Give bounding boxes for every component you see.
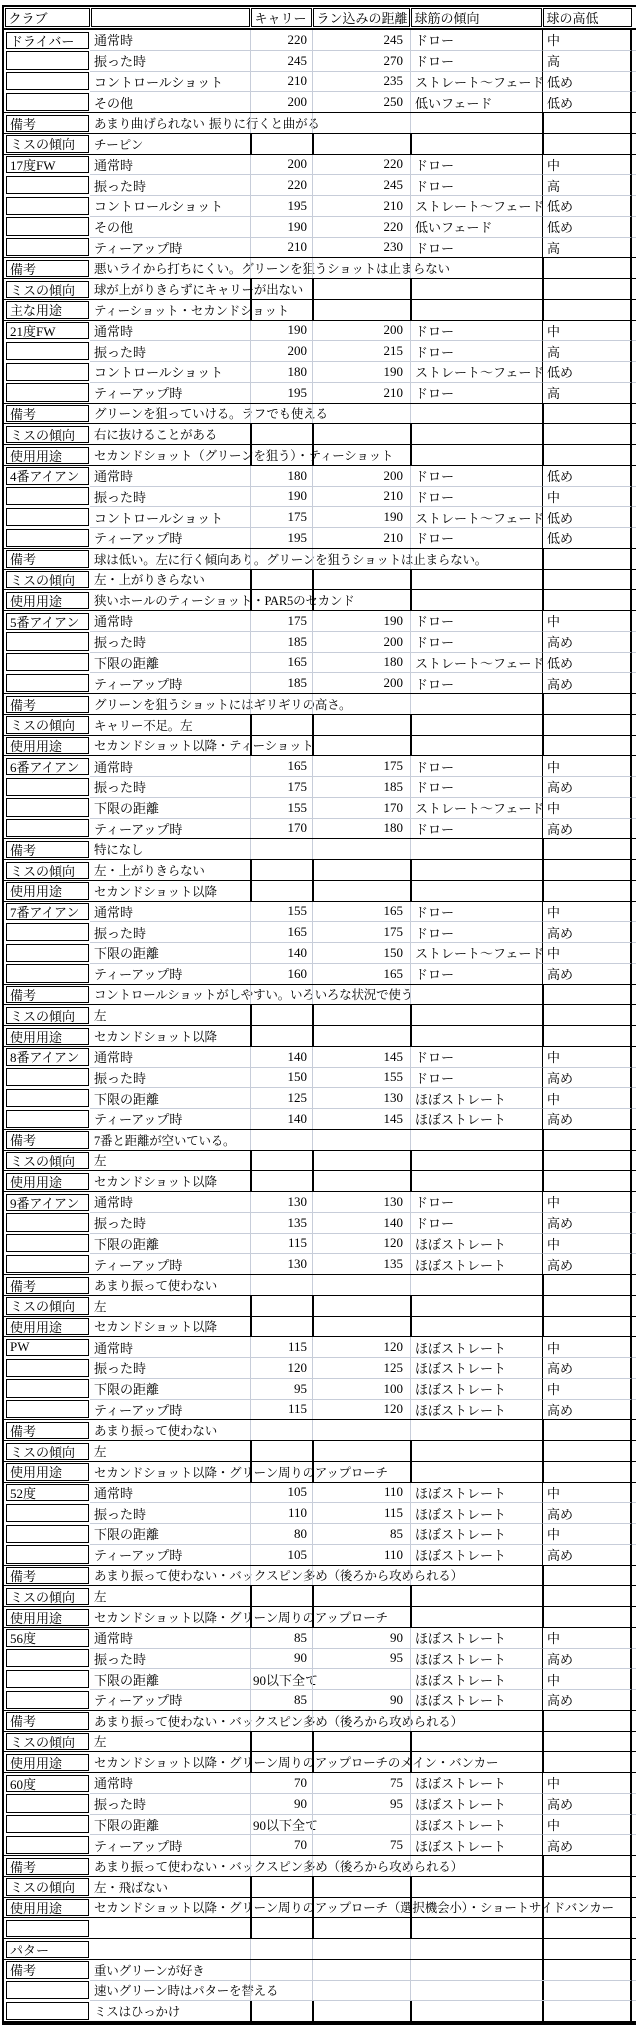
height-cell: 高め (542, 1253, 632, 1274)
club-cell (4, 1523, 90, 1544)
shape-cell: ドロー (410, 174, 542, 195)
club-cell: 56度 (4, 1628, 90, 1648)
situation-cell: 通常時 (90, 1628, 250, 1648)
situation-cell: 振った時 (90, 631, 250, 652)
column-divider (250, 590, 252, 610)
shape-cell: ほぼストレート (410, 1628, 542, 1648)
shape-cell: ほぼストレート (410, 1544, 542, 1565)
table-edge-sliver (632, 590, 636, 610)
shot-row: ティーアップ時195210ドロー低め (4, 527, 636, 548)
column-divider (410, 839, 411, 859)
carry-cell: 185 (250, 631, 312, 652)
column-divider (410, 279, 412, 299)
shape-cell: ドロー (410, 1192, 542, 1212)
column-divider (312, 860, 314, 880)
table-edge-sliver (632, 1026, 636, 1046)
club-cell (4, 1648, 90, 1669)
club-name (6, 217, 89, 235)
club-name (6, 1691, 89, 1709)
total-cell: 75 (312, 1773, 410, 1793)
club-cell (4, 1212, 90, 1233)
shot-row: 下限の距離90以下全てほぼストレート中 (4, 1814, 636, 1835)
total-cell: 95 (312, 1648, 410, 1669)
carry-cell: 175 (250, 611, 312, 631)
situation-cell: 通常時 (90, 1773, 250, 1793)
club-cell (4, 1253, 90, 1274)
club-name (6, 653, 89, 671)
shot-row: ティーアップ時115120ほぼストレート高め (4, 1399, 636, 1420)
club-row: パター (4, 1938, 636, 1959)
column-divider (312, 424, 314, 444)
column-divider (410, 1026, 412, 1046)
column-divider (250, 549, 251, 569)
club-cell (4, 1814, 90, 1835)
column-divider (410, 1566, 411, 1586)
row-label: 備考 (6, 260, 89, 277)
column-divider (410, 694, 411, 714)
column-divider (542, 1711, 544, 1731)
table-edge-sliver (632, 1171, 636, 1191)
shape-cell: ドロー (410, 756, 542, 776)
usage-row: 使用用途セカンドショット以降 (4, 1170, 636, 1191)
note-content: 速いグリーン時はパターを替える (90, 1980, 632, 2001)
note-content: 狭いホールのティーショット・PAR5のセカンド (90, 590, 632, 610)
total-cell: 115 (312, 1502, 410, 1523)
note-content: 左・上がりきらない (90, 570, 632, 590)
club-name (6, 1815, 89, 1833)
note-text: グリーンを狙っていける。ラフでも使える (90, 404, 328, 424)
column-divider (312, 1586, 314, 1606)
row-label-cell: ミスの傾向 (4, 1005, 90, 1025)
shot-row: ティーアップ時185200ドロー高め (4, 672, 636, 693)
table-edge-sliver (632, 881, 636, 901)
row-label: 使用用途 (6, 1609, 89, 1626)
table-edge-sliver (632, 300, 636, 320)
column-divider (250, 258, 251, 278)
column-divider (542, 1151, 544, 1171)
club-name (6, 508, 89, 526)
column-divider (312, 1275, 313, 1295)
row-label: 備考 (6, 1712, 89, 1729)
row-label: ミスの傾向 (6, 862, 89, 879)
club-cell (4, 963, 90, 984)
shot-row: コントロールショット195210ストレート〜フェード低め (4, 195, 636, 216)
table-edge-sliver (632, 1773, 636, 1793)
total-cell: 110 (312, 1544, 410, 1565)
height-cell: 中 (542, 902, 632, 922)
row-label: ミスの傾向 (6, 716, 89, 733)
row-label-cell: ミスの傾向 (4, 1151, 90, 1171)
header-carry-cell: キャリー (250, 7, 312, 28)
column-divider (312, 1566, 313, 1586)
note-text: 悪いライから打ちにくい。グリーンを狙うショットは止まらない (90, 258, 450, 278)
table-edge-sliver (632, 1648, 636, 1669)
row-label: ミスの傾向 (6, 1297, 89, 1314)
row-label-cell: 使用用途 (4, 1462, 90, 1482)
club-cell (4, 1834, 90, 1855)
shot-row: 6番アイアン通常時165175ドロー中 (4, 755, 636, 776)
row-label-cell: ミスの傾向 (4, 860, 90, 880)
shape-cell: ドロー (410, 1212, 542, 1233)
column-divider (410, 134, 412, 154)
note-row: 備考あまり振って使わない (4, 1419, 636, 1440)
column-divider (542, 1939, 544, 1959)
miss-row: ミスの傾向左 (4, 1731, 636, 1752)
note-text: あまり振って使わない (90, 1420, 217, 1440)
carry-cell: 85 (250, 1689, 312, 1710)
total-cell: 235 (312, 71, 410, 92)
row-label: 使用用途 (6, 737, 89, 754)
shot-row: ティーアップ時210230ドロー高 (4, 237, 636, 258)
total-cell: 120 (312, 1233, 410, 1254)
column-divider (250, 1462, 252, 1482)
note-row: 速いグリーン時はパターを替える (4, 1980, 636, 2001)
club-name (6, 363, 89, 381)
total-cell: 200 (312, 466, 410, 486)
note-content: 7番と距離が空いている。 (90, 1130, 632, 1150)
carry-cell: 70 (250, 1834, 312, 1855)
height-cell: 低め (542, 506, 632, 527)
column-divider (312, 1898, 314, 1918)
shape-cell: ほぼストレート (410, 1253, 542, 1274)
shape-cell: ドロー (410, 321, 542, 341)
club-name (6, 674, 89, 692)
note-text: セカンドショット以降・グリーン周りのアップローチ (90, 1462, 388, 1482)
height-cell: 高め (542, 963, 632, 984)
situation-cell: 振った時 (90, 921, 250, 942)
note-content: 左 (90, 1151, 632, 1171)
shot-row: 60度通常時7075ほぼストレート中 (4, 1772, 636, 1793)
table-edge-sliver (632, 1067, 636, 1088)
height-cell: 中 (542, 1337, 632, 1357)
shape-cell: ほぼストレート (410, 1483, 542, 1503)
shape-cell: ドロー (410, 527, 542, 548)
column-divider (250, 736, 252, 756)
situation-cell: 下限の距離 (90, 1233, 250, 1254)
table-edge-sliver (632, 549, 636, 569)
note-text: セカンドショット以降 (90, 1026, 217, 1046)
shape-cell: ほぼストレート (410, 1814, 542, 1835)
row-label-cell: 備考 (4, 113, 90, 133)
height-cell: 高め (542, 1834, 632, 1855)
note-content: キャリー不足。左 (90, 715, 632, 735)
table-edge-sliver (632, 1357, 636, 1378)
table-edge-sliver (632, 1814, 636, 1835)
column-divider (542, 1607, 544, 1627)
column-divider (250, 1441, 252, 1461)
table-edge-sliver (632, 1732, 636, 1752)
miss-row: ミスの傾向左・飛ばない (4, 1876, 636, 1897)
note-row: 備考あまり振って使わない・バックスピン多め（後ろから攻められる） (4, 1855, 636, 1876)
situation-cell: ティーアップ時 (90, 237, 250, 258)
miss-row: ミスの傾向左 (4, 1585, 636, 1606)
club-cell (4, 652, 90, 673)
column-divider (542, 113, 544, 133)
height-cell: 中 (542, 1483, 632, 1503)
column-divider (410, 1441, 412, 1461)
shape-cell: ほぼストレート (410, 1399, 542, 1420)
column-divider (250, 404, 251, 424)
note-content: 左 (90, 1005, 632, 1025)
row-label: 備考 (6, 1422, 89, 1439)
club-cell (4, 818, 90, 839)
club-name (6, 798, 89, 816)
note-row: 備考グリーンを狙うショットにはギリギリの高さ。 (4, 693, 636, 714)
club-name: 52度 (6, 1484, 89, 1501)
column-divider (312, 1732, 314, 1752)
table-edge-sliver (632, 1566, 636, 1586)
carry-cell: 140 (250, 1047, 312, 1067)
total-cell: 125 (312, 1357, 410, 1378)
usage-row: 使用用途セカンドショット以降・グリーン周りのアップローチのメイン・バンカー (4, 1751, 636, 1772)
column-divider (250, 570, 252, 590)
table-edge-sliver (632, 942, 636, 963)
table-edge-sliver (632, 1151, 636, 1171)
column-divider (312, 1151, 314, 1171)
row-label-cell: 使用用途 (4, 1752, 90, 1772)
shot-row: ティーアップ時130135ほぼストレート高め (4, 1253, 636, 1274)
column-divider (410, 1898, 412, 1918)
note-row: 備考重いグリーンが好き (4, 1959, 636, 1980)
note-text: セカンドショット以降 (90, 881, 217, 901)
situation-cell: 通常時 (90, 902, 250, 922)
club-cell: 21度FW (4, 321, 90, 341)
note-row: 備考特になし (4, 838, 636, 859)
shape-cell: ドロー (410, 902, 542, 922)
height-cell: 中 (542, 1233, 632, 1254)
usage-row: 使用用途セカンドショット以降 (4, 1316, 636, 1337)
club-name (6, 487, 89, 505)
carry-cell: 130 (250, 1192, 312, 1212)
club-cell (4, 382, 90, 403)
table-edge-sliver (632, 71, 636, 92)
table-edge-sliver (632, 466, 636, 486)
shot-row: 振った時190210ドロー中 (4, 486, 636, 507)
column-divider (410, 860, 412, 880)
row-label: 備考 (6, 841, 89, 858)
row-label: 使用用途 (6, 1173, 89, 1190)
situation-cell: 振った時 (90, 1212, 250, 1233)
table-edge-sliver (632, 1275, 636, 1295)
club-cell: 7番アイアン (4, 902, 90, 922)
shape-cell: ドロー (410, 672, 542, 693)
column-divider (410, 1877, 412, 1897)
column-divider (250, 445, 252, 465)
total-cell: 230 (312, 237, 410, 258)
column-divider (250, 1918, 252, 1938)
header-situation-cell (90, 7, 250, 28)
column-divider (250, 1877, 252, 1897)
column-divider (410, 1918, 412, 1938)
shape-cell: ドロー (410, 466, 542, 486)
table-edge-sliver (632, 1212, 636, 1233)
table-edge-sliver (632, 404, 636, 424)
miss-row: ミスの傾向左・上がりきらない (4, 859, 636, 880)
header-situation-label (91, 8, 250, 27)
row-label-cell: 備考 (4, 839, 90, 859)
note-content: あまり振って使わない・バックスピン多め（後ろから攻められる） (90, 1711, 632, 1731)
note-text: セカンドショット以降・グリーン周りのアップローチ（選択機会小）・ショートサイドバ… (90, 1898, 614, 1918)
column-divider (410, 1939, 411, 1959)
note-content: 左 (90, 1586, 632, 1606)
height-cell: 高 (542, 237, 632, 258)
situation-cell: 下限の距離 (90, 652, 250, 673)
club-name: 60度 (6, 1775, 89, 1792)
column-divider (542, 258, 544, 278)
carry-cell: 195 (250, 382, 312, 403)
height-cell: 中 (542, 1087, 632, 1108)
height-cell: 高め (542, 1108, 632, 1129)
club-cell (4, 1502, 90, 1523)
shot-row: 振った時110115ほぼストレート高め (4, 1502, 636, 1523)
table-edge-sliver (632, 860, 636, 880)
club-name (6, 1670, 89, 1688)
column-divider (312, 1960, 313, 1980)
row-label: 使用用途 (6, 447, 89, 464)
note-text: ミスはひっかけ (90, 2001, 180, 2021)
note-text: あまり振って使わない・バックスピン多め（後ろから攻められる） (90, 1566, 463, 1586)
shot-row: 振った時245270ドロー高 (4, 50, 636, 71)
shot-row: 振った時9095ほぼストレート高め (4, 1648, 636, 1669)
note-content: 左・飛ばない (90, 1877, 632, 1897)
column-divider (312, 1752, 314, 1772)
club-name (6, 1794, 89, 1812)
club-cell (4, 1108, 90, 1129)
table-edge-sliver (632, 1420, 636, 1440)
note-text: 左 (90, 1005, 106, 1025)
shot-row: ティーアップ時195210ドロー高 (4, 382, 636, 403)
miss-row: ミスの傾向左 (4, 1004, 636, 1025)
row-label (6, 1981, 89, 1999)
note-row: 備考あまり振って使わない・バックスピン多め（後ろから攻められる） (4, 1565, 636, 1586)
club-name (6, 964, 89, 982)
note-text: チーピン (90, 134, 143, 154)
note-content: コントロールショットがしやすい。いろいろな状況で使う (90, 985, 632, 1005)
note-row: 備考グリーンを狙っていける。ラフでも使える (4, 403, 636, 424)
carry-cell: 115 (250, 1233, 312, 1254)
shape-cell: ほぼストレート (410, 1648, 542, 1669)
column-divider (542, 1441, 544, 1461)
miss-row: ミスの傾向球が上がりきらずにキャリーが出ない (4, 278, 636, 299)
column-divider (542, 1317, 544, 1337)
shape-cell: 低いフェード (410, 216, 542, 237)
club-cell: 8番アイアン (4, 1047, 90, 1067)
height-cell: 中 (542, 321, 632, 341)
total-cell: 150 (312, 942, 410, 963)
height-cell: 高 (542, 174, 632, 195)
note-content: セカンドショット（グリーンを狙う）・ティーショット (90, 445, 632, 465)
column-divider (312, 1981, 313, 2001)
table-edge-sliver (632, 1834, 636, 1855)
height-cell: 中 (542, 30, 632, 50)
carry-cell: 185 (250, 672, 312, 693)
height-cell: 高め (542, 1357, 632, 1378)
table-edge-sliver (632, 818, 636, 839)
row-label: 備考 (6, 696, 89, 713)
note-content: セカンドショット以降・ティーショット (90, 736, 632, 756)
carry-cell: 90以下全て (250, 1814, 312, 1835)
total-cell: 135 (312, 1253, 410, 1274)
situation-cell: 通常時 (90, 1483, 250, 1503)
carry-cell: 105 (250, 1544, 312, 1565)
shot-row: 4番アイアン通常時180200ドロー低め (4, 465, 636, 486)
note-text: 特になし (90, 839, 143, 859)
total-cell: 245 (312, 30, 410, 50)
situation-cell: 下限の距離 (90, 1523, 250, 1544)
table-edge-sliver (632, 258, 636, 278)
column-divider (410, 424, 412, 444)
row-label: ミスの傾向 (6, 1443, 89, 1460)
club-name: 9番アイアン (6, 1194, 89, 1211)
usage-row: 使用用途セカンドショット以降・グリーン周りのアップローチ (4, 1606, 636, 1627)
height-cell: 高め (542, 672, 632, 693)
club-name (6, 1836, 89, 1854)
column-divider (542, 715, 544, 735)
carry-cell: 200 (250, 155, 312, 175)
note-text: セカンドショット以降・グリーン周りのアップローチ (90, 1607, 388, 1627)
row-label: ミスの傾向 (6, 1152, 89, 1169)
total-cell: 200 (312, 631, 410, 652)
shot-row: 振った時135140ドロー高め (4, 1212, 636, 1233)
shot-row: コントロールショット180190ストレート〜フェード低め (4, 361, 636, 382)
shot-row: 下限の距離8085ほぼストレート中 (4, 1523, 636, 1544)
header-carry-label: キャリー (251, 8, 312, 27)
club-name: ドライバー (6, 32, 89, 49)
shot-row: 振った時9095ほぼストレート高め (4, 1793, 636, 1814)
miss-row: ミスの傾向チーピン (4, 133, 636, 154)
carry-cell: 90 (250, 1793, 312, 1814)
table-edge-sliver (632, 1960, 636, 1980)
total-cell: 145 (312, 1047, 410, 1067)
column-divider (312, 694, 313, 714)
note-content: チーピン (90, 134, 632, 154)
club-cell: 6番アイアン (4, 756, 90, 776)
carry-cell: 165 (250, 921, 312, 942)
usage-row: 使用用途セカンドショット以降 (4, 880, 636, 901)
height-cell: 高め (542, 818, 632, 839)
total-cell: 200 (312, 321, 410, 341)
shape-cell: ドロー (410, 155, 542, 175)
column-divider (542, 1877, 544, 1897)
note-text: 左・飛ばない (90, 1877, 168, 1897)
header-shape-cell: 球筋の傾向 (410, 7, 542, 28)
club-cell: 52度 (4, 1483, 90, 1503)
carry-cell: 200 (250, 91, 312, 112)
note-text: セカンドショット以降 (90, 1171, 217, 1191)
situation-cell: 通常時 (90, 1047, 250, 1067)
height-cell: 低め (542, 91, 632, 112)
column-divider (312, 1462, 314, 1482)
club-name (6, 778, 89, 796)
row-label (6, 2002, 89, 2020)
shape-cell: ほぼストレート (410, 1773, 542, 1793)
column-divider (250, 134, 252, 154)
column-divider (542, 1752, 544, 1772)
table-edge-sliver (632, 902, 636, 922)
shape-cell: ほぼストレート (410, 1502, 542, 1523)
table-edge-sliver (632, 1192, 636, 1212)
note-text: 重いグリーンが好き (90, 1960, 204, 1980)
header-total-cell: ラン込みの距離 (312, 7, 410, 28)
total-cell: 165 (312, 902, 410, 922)
situation-cell: 振った時 (90, 1502, 250, 1523)
carry-cell: 155 (250, 797, 312, 818)
shot-row: 下限の距離140150ストレート〜フェード中 (4, 942, 636, 963)
column-divider (250, 860, 252, 880)
miss-row: ミスの傾向左 (4, 1150, 636, 1171)
carry-cell: 85 (250, 1628, 312, 1648)
carry-cell: 220 (250, 30, 312, 50)
